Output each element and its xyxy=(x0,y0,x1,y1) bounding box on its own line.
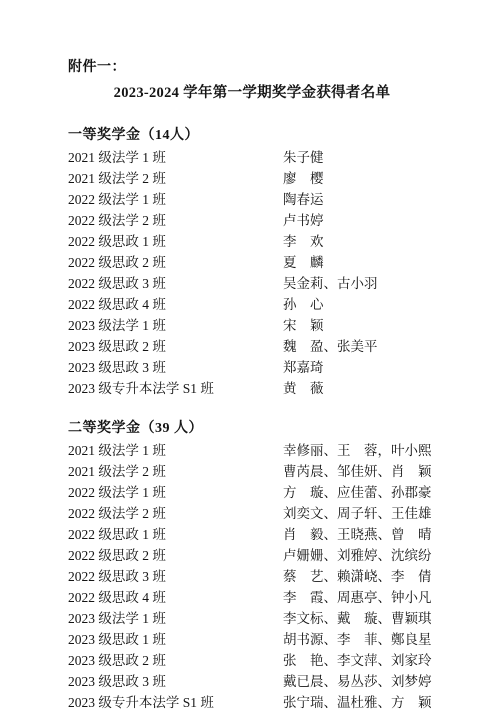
table-row: 2023 级法学 1 班宋 颖 xyxy=(68,315,470,336)
class-name: 2022 级法学 1 班 xyxy=(68,189,283,210)
class-name: 2022 级思政 4 班 xyxy=(68,587,283,608)
recipient-names: 李文标、戴 璇、曹颖琪 xyxy=(283,608,470,629)
recipient-names: 朱子健 xyxy=(283,147,470,168)
table-row: 2022 级思政 4 班孙 心 xyxy=(68,294,470,315)
sections-container: 一等奖学金（14人）2021 级法学 1 班朱子健2021 级法学 2 班廖 樱… xyxy=(68,125,470,713)
recipient-names: 郑嘉琦 xyxy=(283,357,470,378)
recipient-names: 李 霞、周惠亭、钟小凡 xyxy=(283,587,470,608)
table-row: 2022 级思政 3 班吴金莉、古小羽 xyxy=(68,273,470,294)
table-row: 2022 级法学 1 班陶春运 xyxy=(68,189,470,210)
class-name: 2022 级法学 2 班 xyxy=(68,503,283,524)
recipient-names: 廖 樱 xyxy=(283,168,470,189)
table-row: 2023 级思政 3 班戴已晨、易丛莎、刘梦婷 xyxy=(68,671,470,692)
class-name: 2022 级思政 1 班 xyxy=(68,231,283,252)
document-page: 附件一： 2023-2024 学年第一学期奖学金获得者名单 一等奖学金（14人）… xyxy=(0,0,504,719)
table-row: 2022 级思政 4 班李 霞、周惠亭、钟小凡 xyxy=(68,587,470,608)
recipient-names: 夏 麟 xyxy=(283,252,470,273)
recipient-names: 蔡 艺、赖潇峣、李 倩 xyxy=(283,566,470,587)
recipient-names: 胡书源、李 菲、鄭良星 xyxy=(283,629,470,650)
recipient-names: 卢书婷 xyxy=(283,210,470,231)
table-row: 2023 级思政 1 班胡书源、李 菲、鄭良星 xyxy=(68,629,470,650)
recipient-names: 吴金莉、古小羽 xyxy=(283,273,470,294)
table-row: 2023 级思政 2 班魏 盈、张美平 xyxy=(68,336,470,357)
class-name: 2023 级法学 1 班 xyxy=(68,608,283,629)
class-name: 2021 级法学 2 班 xyxy=(68,168,283,189)
recipient-names: 肖 毅、王晓燕、曾 晴 xyxy=(283,524,470,545)
table-row: 2022 级法学 2 班卢书婷 xyxy=(68,210,470,231)
class-name: 2022 级思政 2 班 xyxy=(68,545,283,566)
table-row: 2021 级法学 2 班曹芮晨、邹佳妍、肖 颖 xyxy=(68,461,470,482)
table-row: 2021 级法学 1 班朱子健 xyxy=(68,147,470,168)
class-name: 2022 级法学 2 班 xyxy=(68,210,283,231)
table-row: 2022 级思政 2 班卢姗姗、刘雅婷、沈缤纷 xyxy=(68,545,470,566)
table-row: 2023 级专升本法学 S1 班黄 薇 xyxy=(68,378,470,399)
recipient-names: 曹芮晨、邹佳妍、肖 颖 xyxy=(283,461,470,482)
class-name: 2022 级思政 3 班 xyxy=(68,566,283,587)
table-row: 2022 级思政 2 班夏 麟 xyxy=(68,252,470,273)
section-heading: 二等奖学金（39 人） xyxy=(68,418,470,440)
class-name: 2021 级法学 1 班 xyxy=(68,440,283,461)
class-name: 2023 级法学 1 班 xyxy=(68,315,283,336)
class-name: 2022 级法学 1 班 xyxy=(68,482,283,503)
recipient-names: 戴已晨、易丛莎、刘梦婷 xyxy=(283,671,470,692)
recipient-names: 张宁瑞、温杜雅、方 颖 xyxy=(283,692,470,713)
class-name: 2022 级思政 1 班 xyxy=(68,524,283,545)
recipient-names: 宋 颖 xyxy=(283,315,470,336)
class-name: 2023 级专升本法学 S1 班 xyxy=(68,378,283,399)
table-row: 2023 级思政 2 班张 艳、李文萍、刘家玲 xyxy=(68,650,470,671)
attachment-label: 附件一： xyxy=(68,56,470,80)
recipient-names: 陶春运 xyxy=(283,189,470,210)
class-name: 2022 级思政 4 班 xyxy=(68,294,283,315)
recipient-names: 黄 薇 xyxy=(283,378,470,399)
recipient-names: 幸修丽、王 蓉，叶小熙 xyxy=(283,440,470,461)
class-name: 2021 级法学 1 班 xyxy=(68,147,283,168)
table-row: 2021 级法学 2 班廖 樱 xyxy=(68,168,470,189)
recipient-names: 孙 心 xyxy=(283,294,470,315)
recipient-names: 魏 盈、张美平 xyxy=(283,336,470,357)
table-row: 2022 级法学 2 班刘奕文、周子轩、王佳雄 xyxy=(68,503,470,524)
table-row: 2022 级思政 3 班蔡 艺、赖潇峣、李 倩 xyxy=(68,566,470,587)
class-name: 2023 级思政 3 班 xyxy=(68,671,283,692)
recipient-names: 张 艳、李文萍、刘家玲 xyxy=(283,650,470,671)
section-heading: 一等奖学金（14人） xyxy=(68,125,470,147)
recipient-names: 李 欢 xyxy=(283,231,470,252)
class-name: 2021 级法学 2 班 xyxy=(68,461,283,482)
table-row: 2022 级法学 1 班方 璇、应佳蕾、孙郡豪 xyxy=(68,482,470,503)
table-row: 2023 级法学 1 班李文标、戴 璇、曹颖琪 xyxy=(68,608,470,629)
class-name: 2023 级思政 2 班 xyxy=(68,336,283,357)
table-row: 2022 级思政 1 班肖 毅、王晓燕、曾 晴 xyxy=(68,524,470,545)
class-name: 2022 级思政 3 班 xyxy=(68,273,283,294)
class-name: 2023 级思政 1 班 xyxy=(68,629,283,650)
scholarship-section: 二等奖学金（39 人）2021 级法学 1 班幸修丽、王 蓉，叶小熙2021 级… xyxy=(68,418,470,713)
recipient-names: 刘奕文、周子轩、王佳雄 xyxy=(283,503,470,524)
class-name: 2023 级思政 2 班 xyxy=(68,650,283,671)
class-name: 2023 级专升本法学 S1 班 xyxy=(68,692,283,713)
recipient-names: 卢姗姗、刘雅婷、沈缤纷 xyxy=(283,545,470,566)
class-name: 2022 级思政 2 班 xyxy=(68,252,283,273)
class-name: 2023 级思政 3 班 xyxy=(68,357,283,378)
scholarship-section: 一等奖学金（14人）2021 级法学 1 班朱子健2021 级法学 2 班廖 樱… xyxy=(68,125,470,399)
recipient-names: 方 璇、应佳蕾、孙郡豪 xyxy=(283,482,470,503)
table-row: 2021 级法学 1 班幸修丽、王 蓉，叶小熙 xyxy=(68,440,470,461)
table-row: 2023 级专升本法学 S1 班张宁瑞、温杜雅、方 颖 xyxy=(68,692,470,713)
table-row: 2023 级思政 3 班郑嘉琦 xyxy=(68,357,470,378)
table-row: 2022 级思政 1 班李 欢 xyxy=(68,231,470,252)
page-title: 2023-2024 学年第一学期奖学金获得者名单 xyxy=(0,80,504,106)
